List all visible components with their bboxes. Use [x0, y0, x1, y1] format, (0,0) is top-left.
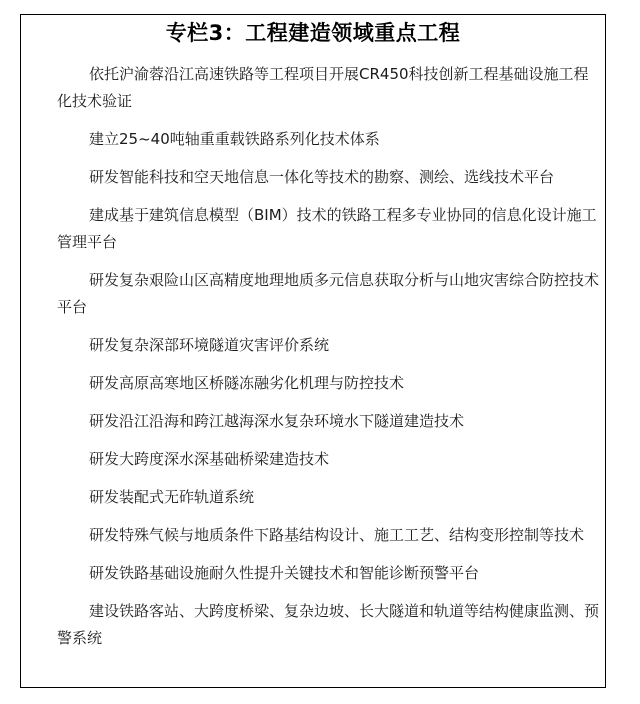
list-item: 依托沪渝蓉沿江高速铁路等工程项目开展CR450科技创新工程基础设施工程化技术验证 — [57, 61, 602, 115]
list-item: 建立25~40吨轴重重载铁路系列化技术体系 — [57, 126, 602, 153]
list-item: 研发智能科技和空天地信息一体化等技术的勘察、测绘、选线技术平台 — [57, 164, 602, 191]
panel-title: 专栏3：工程建造领域重点工程 — [21, 19, 605, 47]
list-item: 研发复杂深部环境隧道灾害评价系统 — [57, 332, 602, 359]
list-item: 研发沿江沿海和跨江越海深水复杂环境水下隧道建造技术 — [57, 408, 602, 435]
list-item: 建成基于建筑信息模型（BIM）技术的铁路工程多专业协同的信息化设计施工管理平台 — [57, 202, 602, 256]
item-list: 依托沪渝蓉沿江高速铁路等工程项目开展CR450科技创新工程基础设施工程化技术验证… — [57, 61, 602, 663]
list-item: 研发特殊气候与地质条件下路基结构设计、施工工艺、结构变形控制等技术 — [57, 522, 602, 549]
list-item: 研发高原高寒地区桥隧冻融劣化机理与防控技术 — [57, 370, 602, 397]
list-item: 研发装配式无砟轨道系统 — [57, 484, 602, 511]
feature-panel: 专栏3：工程建造领域重点工程 依托沪渝蓉沿江高速铁路等工程项目开展CR450科技… — [20, 14, 606, 688]
list-item: 建设铁路客站、大跨度桥梁、复杂边坡、长大隧道和轨道等结构健康监测、预警系统 — [57, 598, 602, 652]
list-item: 研发复杂艰险山区高精度地理地质多元信息获取分析与山地灾害综合防控技术平台 — [57, 267, 602, 321]
list-item: 研发大跨度深水深基础桥梁建造技术 — [57, 446, 602, 473]
list-item: 研发铁路基础设施耐久性提升关键技术和智能诊断预警平台 — [57, 560, 602, 587]
